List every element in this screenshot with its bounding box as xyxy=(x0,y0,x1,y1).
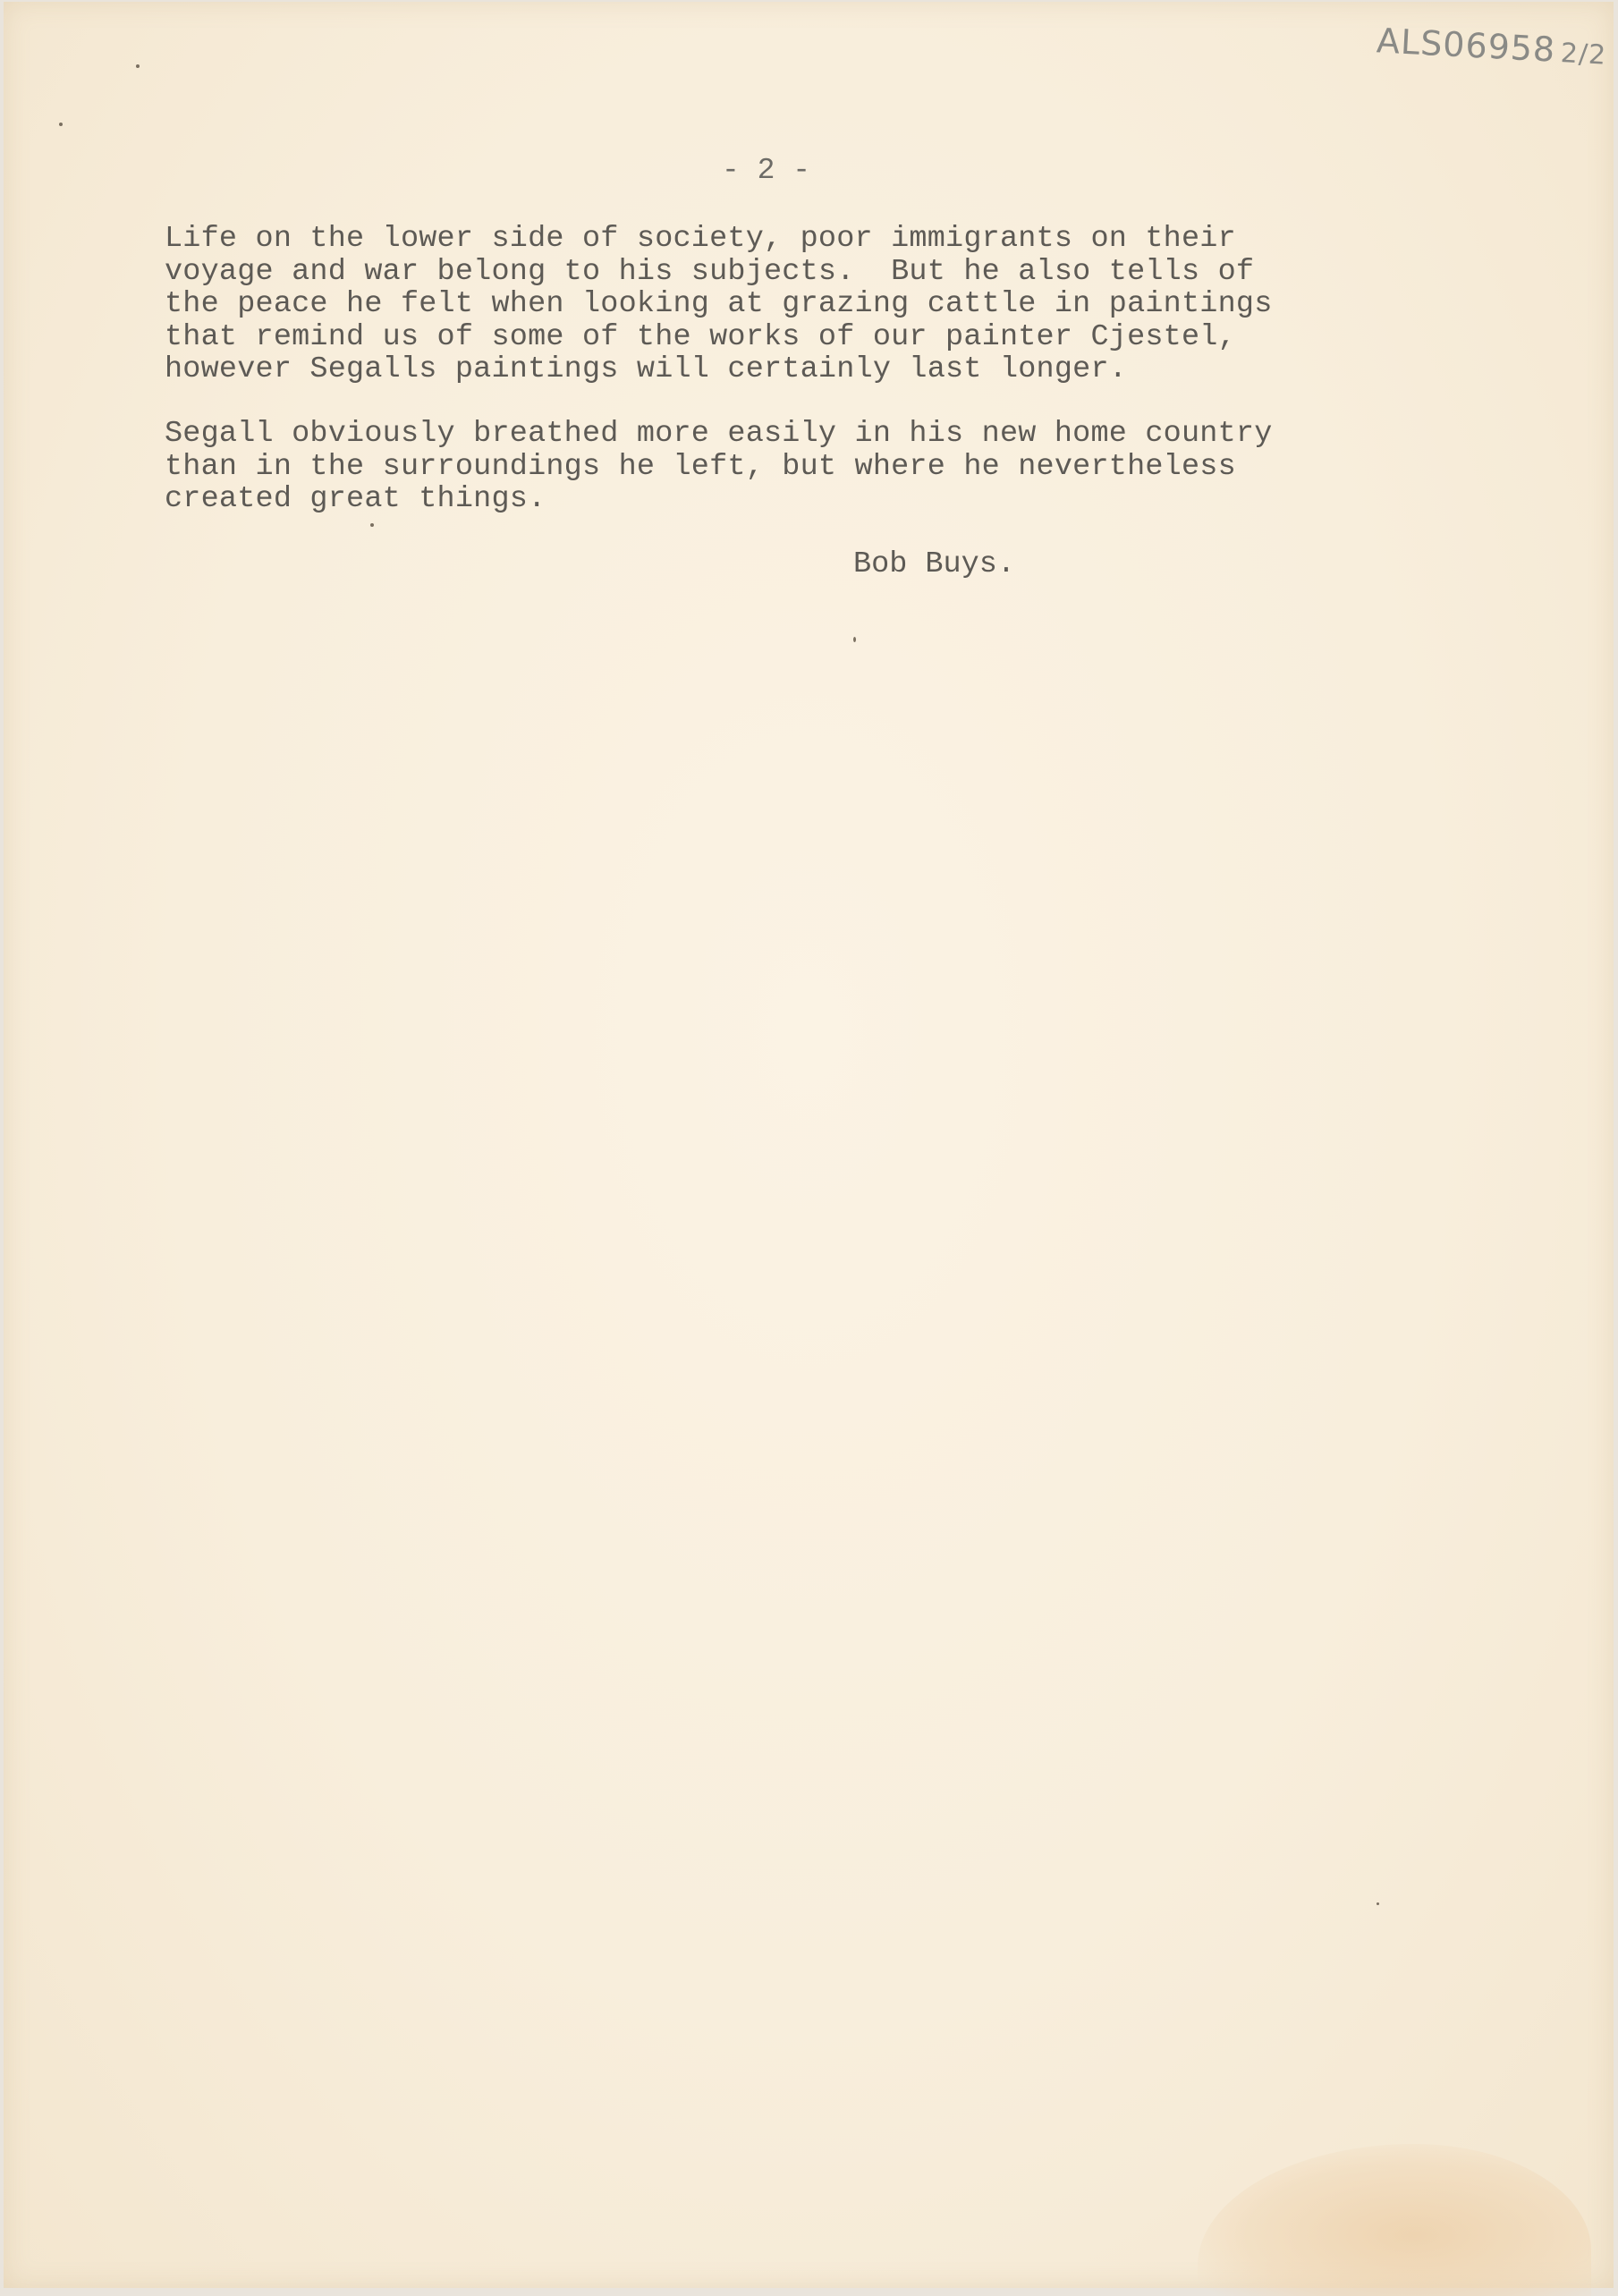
archive-reference: ALS06958 xyxy=(1376,21,1556,69)
paper-speck xyxy=(136,64,140,68)
signature: Bob Buys. xyxy=(853,547,1015,581)
archive-fraction: 2/2 xyxy=(1560,38,1607,72)
text-line: Segall obviously breathed more easily in… xyxy=(165,418,1461,451)
archive-reference-annotation: ALS069582/2 xyxy=(1376,21,1607,72)
paper-speck xyxy=(1377,1902,1379,1905)
page-number: - 2 - xyxy=(722,154,810,187)
paragraph-2: Segall obviously breathed more easily in… xyxy=(165,418,1461,516)
text-line: than in the surroundings he left, but wh… xyxy=(165,451,1461,484)
text-line: the peace he felt when looking at grazin… xyxy=(165,288,1461,321)
text-line: Life on the lower side of society, poor … xyxy=(165,223,1461,256)
paper-speck xyxy=(59,123,63,126)
water-stain xyxy=(1198,2144,1591,2290)
text-line: created great things. xyxy=(165,483,1461,516)
text-line: however Segalls paintings will certainly… xyxy=(165,353,1461,386)
text-line: that remind us of some of the works of o… xyxy=(165,321,1461,354)
text-line: voyage and war belong to his subjects. B… xyxy=(165,256,1461,289)
paper-speck xyxy=(370,523,374,527)
paper-speck xyxy=(853,637,856,642)
document-page: ALS069582/2 - 2 - Life on the lower side… xyxy=(4,2,1614,2288)
paragraph-1: Life on the lower side of society, poor … xyxy=(165,223,1461,386)
